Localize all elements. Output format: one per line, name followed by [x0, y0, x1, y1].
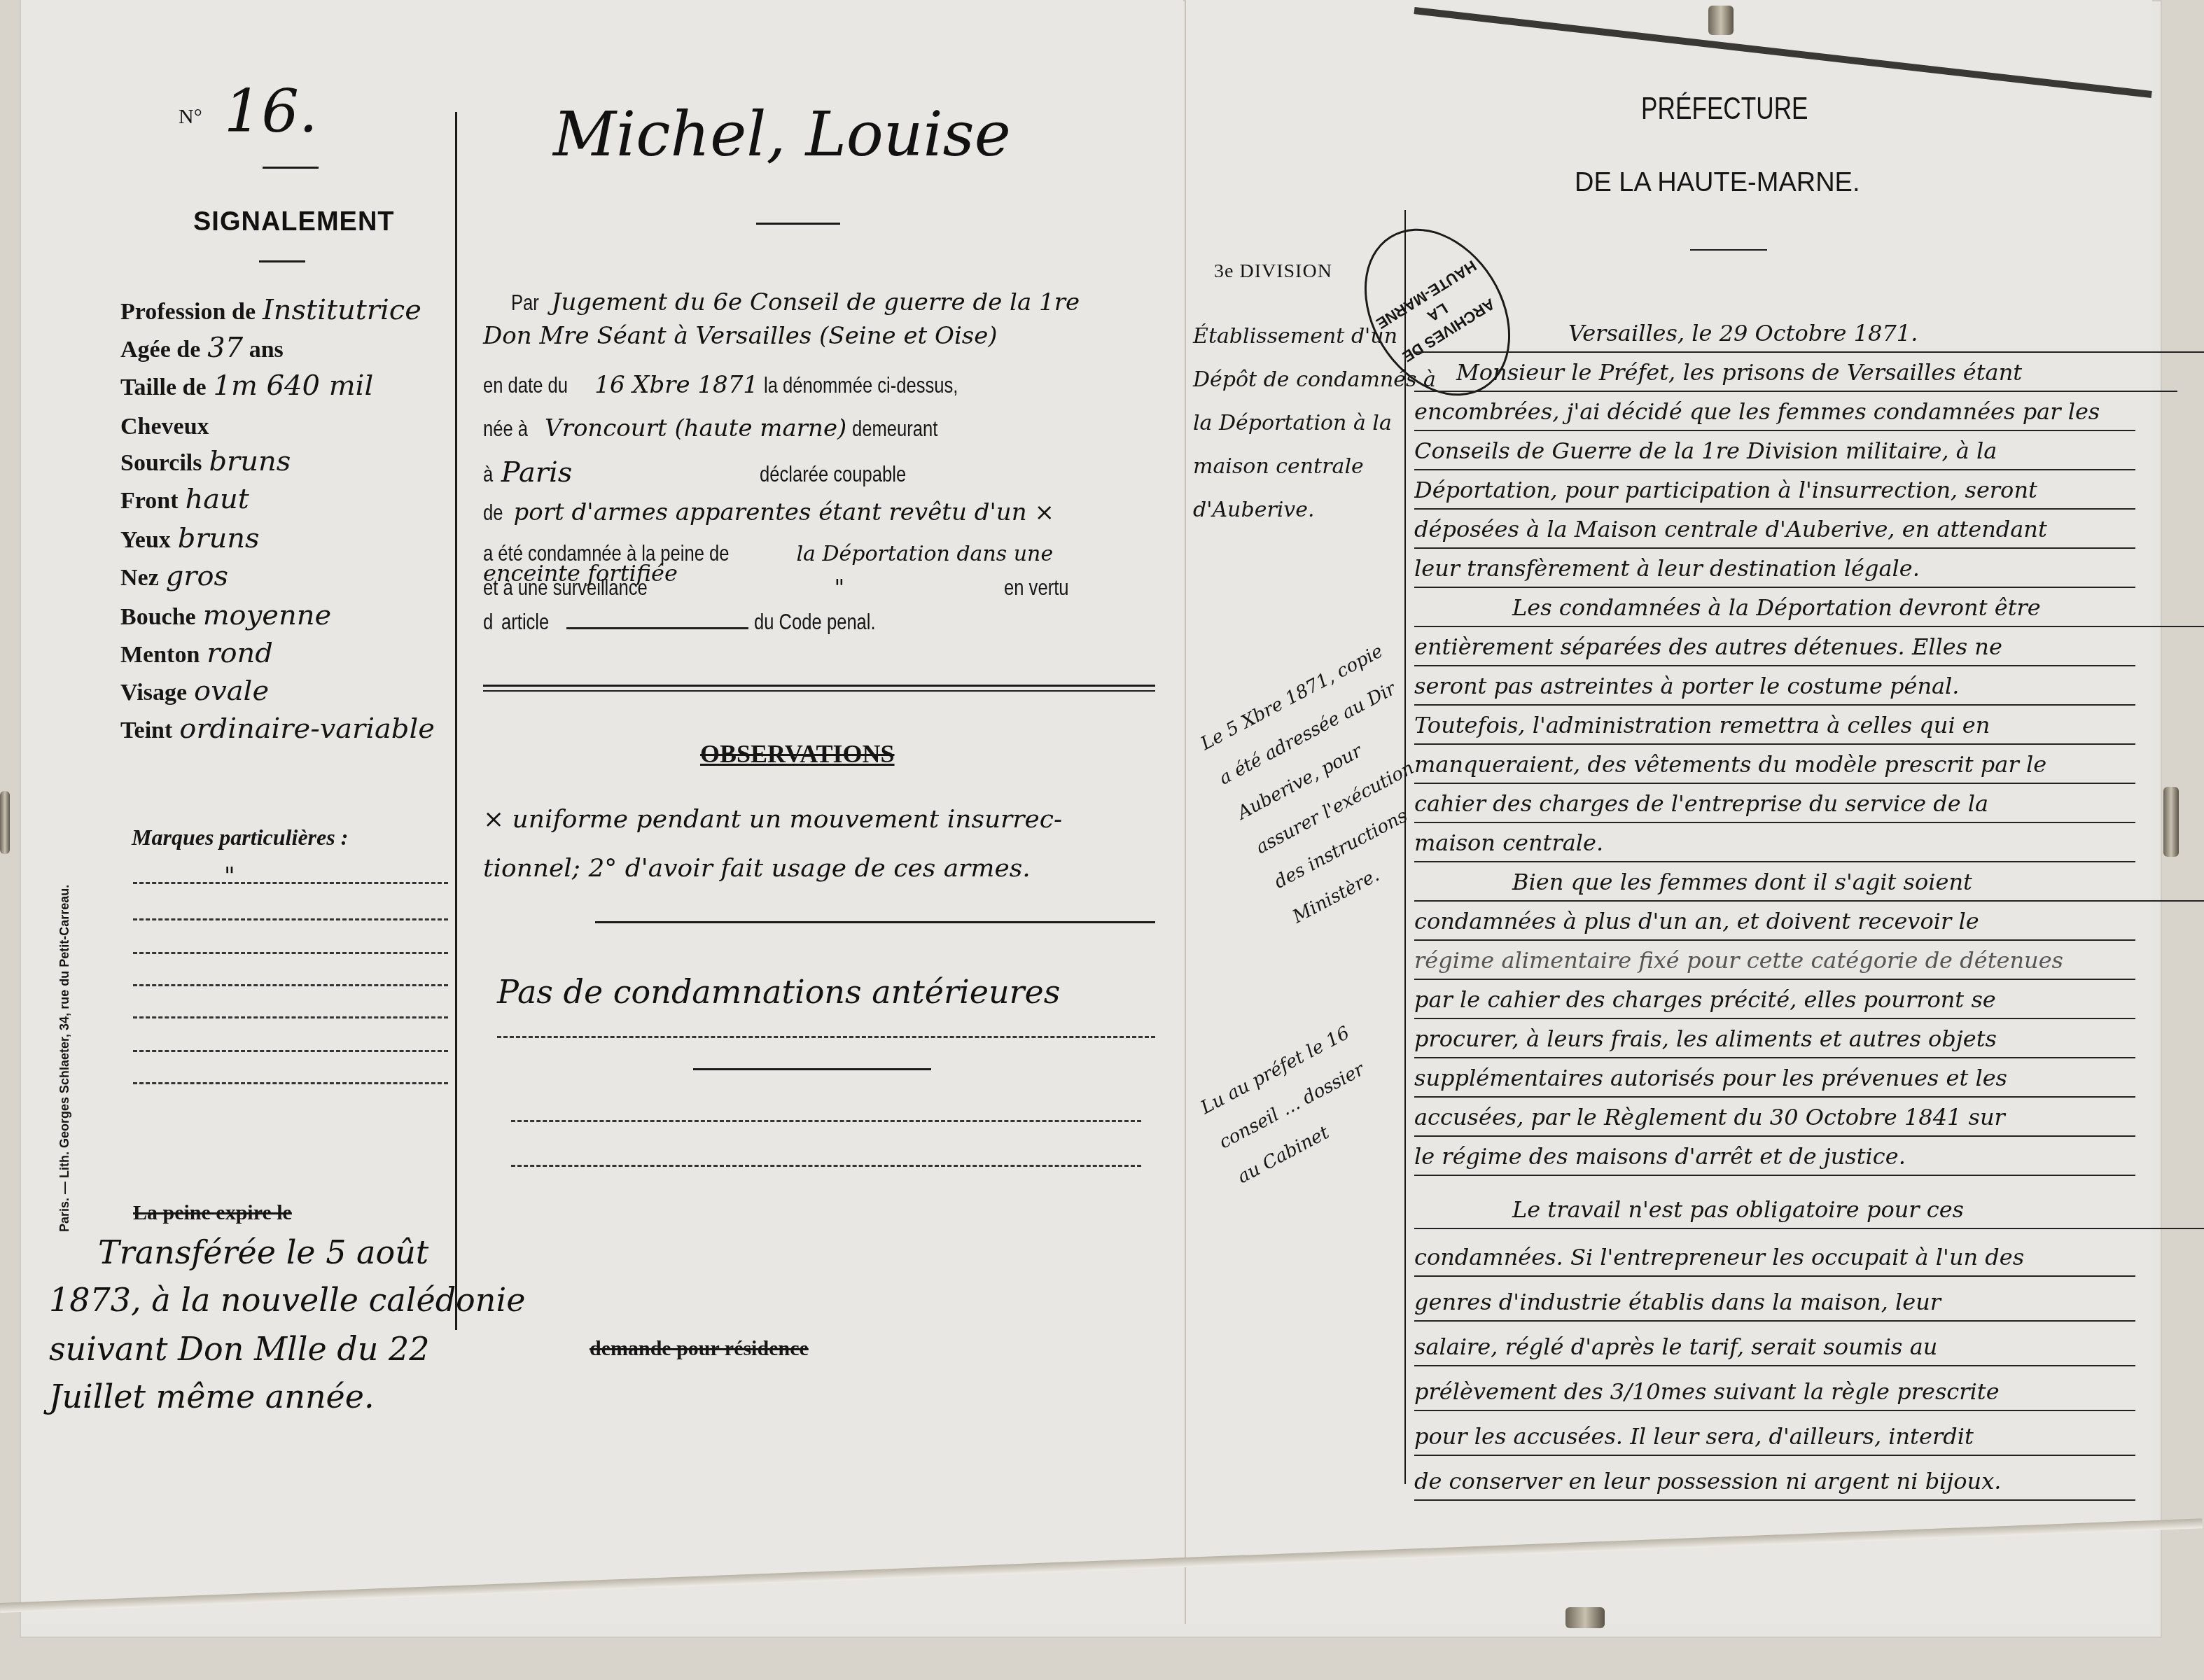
letter-line: Le travail n'est pas obligatoire pour ce… [1414, 1191, 2204, 1229]
prior-convictions-note: Pas de condamnations antérieures [497, 973, 1060, 1011]
letter-line: accusées, par le Règlement du 30 Octobre… [1414, 1099, 2135, 1137]
field-nose: Nezgros [120, 560, 228, 592]
letter-line: Conseils de Guerre de la 1re Division mi… [1414, 433, 2135, 470]
letter-line: condamnées à plus d'un an, et doivent re… [1414, 903, 2135, 941]
letter-line: par le cahier des charges précité, elles… [1414, 981, 2135, 1019]
judgment-line-4: née à Vroncourt (haute marne) demeurant [483, 414, 959, 442]
letter-line: prélèvement des 3/10mes suivant la règle… [1414, 1373, 2135, 1411]
letter-line: genres d'industrie établis dans la maiso… [1414, 1284, 2135, 1322]
letter-line: Les condamnées à la Déportation devront … [1414, 589, 2204, 627]
letter-line: de conserver en leur possession ni argen… [1414, 1463, 2135, 1501]
field-eyebrows: Sourcilsbruns [120, 445, 291, 477]
letter-line: manqueraient, des vêtements du modèle pr… [1414, 746, 2135, 784]
ornament-rule [263, 167, 319, 169]
judgment-line-9: et à une surveillance " en vertu [483, 574, 1085, 601]
observations-title: OBSERVATIONS [700, 739, 895, 769]
printer-imprint: Paris. — Lith. Georges Schlaeter, 34, ru… [57, 885, 72, 1232]
field-chin: Mentonrond [120, 637, 273, 669]
ruled-line [693, 1068, 931, 1070]
ruled-line [133, 952, 448, 954]
marks-label: Marques particulières : [132, 825, 348, 850]
letter-line: salaire, réglé d'après le tarif, serait … [1414, 1329, 2135, 1366]
field-forehead: Fronthaut [120, 483, 249, 515]
transfer-note-line-3: suivant Don Mlle du 22 [49, 1330, 430, 1368]
letter-line: Déportation, pour participation à l'insu… [1414, 472, 2135, 510]
ruled-line [133, 882, 448, 884]
judgment-line-6: de port d'armes apparentes étant revêtu … [483, 498, 1054, 526]
ruled-line [133, 1082, 448, 1084]
letter-line: déposées à la Maison centrale d'Auberive… [1414, 511, 2135, 549]
residence-label-struck: demande pour résidence [590, 1337, 809, 1361]
letter-line: Toutefois, l'administration remettra à c… [1414, 707, 2135, 745]
letter-line: le régime des maisons d'arrêt et de just… [1414, 1138, 2135, 1176]
letter-line: Monsieur le Préfet, les prisons de Versa… [1414, 354, 2177, 392]
ruled-line [133, 918, 448, 920]
frame-clip-left [0, 791, 10, 854]
letter-line: seront pas astreintes à porter le costum… [1414, 668, 2135, 706]
field-face: Visageovale [120, 675, 269, 707]
ruled-line [133, 984, 448, 986]
field-hair: Cheveux [120, 409, 216, 441]
letter-line: Bien que les femmes dont il s'agit soien… [1414, 864, 2204, 902]
letter-line: régime alimentaire fixé pour cette catég… [1414, 942, 2135, 980]
column-divider [455, 112, 457, 1330]
ornament-rule [1690, 249, 1767, 251]
field-age: Agée de37 ans [120, 332, 284, 364]
frame-clip-right [2163, 787, 2179, 857]
division-label: 3e DIVISION [1214, 260, 1332, 283]
ruled-line [133, 1050, 448, 1052]
letter-dateline: Versailles, le 29 Octobre 1871. [1414, 315, 2204, 353]
record-number: 16. [224, 77, 318, 146]
letter-line: pour les accusées. Il leur sera, d'aille… [1414, 1418, 2135, 1456]
letter-line: maison centrale. [1414, 825, 2135, 862]
prisoner-name: Michel, Louise [553, 98, 1011, 170]
ruled-line [511, 1165, 1141, 1167]
letter-line: cahier des charges de l'entreprise du se… [1414, 785, 2135, 823]
ruled-line [595, 921, 1155, 923]
judgment-line-3: en date du 16 Xbre 1871 la dénommée ci-d… [483, 371, 1007, 399]
transfer-note-line-2: 1873, à la nouvelle calédonie [49, 1281, 525, 1319]
field-eyes: Yeuxbruns [120, 522, 260, 554]
field-profession: Profession deInstitutrice [120, 294, 421, 326]
section-divider [483, 690, 1155, 692]
section-title-signalement: SIGNALEMENT [193, 207, 395, 237]
transfer-note-line-4: Juillet même année. [49, 1378, 375, 1415]
penalty-expiry-label-struck: La peine expire le [133, 1201, 292, 1225]
field-height: Taille de1m 640 mil [120, 370, 373, 402]
transfer-note-line-1: Transférée le 5 août [98, 1233, 428, 1271]
left-page-record-form: N° 16. SIGNALEMENT Profession deInstitut… [21, 0, 1183, 1624]
frame-clip-bottom [1565, 1607, 1605, 1628]
field-complexion: Teintordinaire-variable [120, 713, 435, 745]
observation-line-2: tionnel; 2° d'avoir fait usage de ces ar… [483, 854, 1031, 883]
marks-value: " [224, 862, 235, 890]
judgment-line-10: d article du Code penal. [483, 609, 906, 635]
ruled-line [133, 1016, 448, 1018]
ornament-rule [259, 260, 305, 262]
observation-line-1: × uniforme pendant un mouvement insurrec… [483, 805, 1062, 834]
prefecture-subheading: DE LA HAUTE-MARNE. [1575, 168, 1860, 198]
prefecture-heading: PRÉFECTURE [1641, 91, 1850, 127]
judgment-line-1: Par Jugement du 6e Conseil de guerre de … [511, 288, 1080, 316]
letter-line: condamnées. Si l'entrepreneur les occupa… [1414, 1239, 2135, 1277]
judgment-line-2: Don Mre Séant à Versailles (Seine et Ois… [483, 322, 998, 350]
margin-note-3: Lu au préfet le 16 conseil … dossier au … [1193, 1014, 1394, 1196]
letter-line: entièrement séparées des autres détenues… [1414, 629, 2135, 666]
field-mouth: Bouchemoyenne [120, 599, 331, 631]
judgment-line-5: à Paris déclarée coupable [483, 456, 943, 489]
ruled-line [497, 1036, 1155, 1038]
letter-line: encombrées, j'ai décidé que les femmes c… [1414, 393, 2135, 431]
ruled-line [511, 1120, 1141, 1122]
section-divider [483, 685, 1155, 687]
ornament-rule [756, 223, 840, 225]
letter-line: procurer, à leurs frais, les aliments et… [1414, 1021, 2135, 1058]
record-number-label: N° [179, 105, 202, 129]
frame-clip-top [1708, 6, 1734, 35]
letter-line: supplémentaires autorisés pour les préve… [1414, 1060, 2135, 1098]
letter-line: leur transfèrement à leur destination lé… [1414, 550, 2135, 588]
